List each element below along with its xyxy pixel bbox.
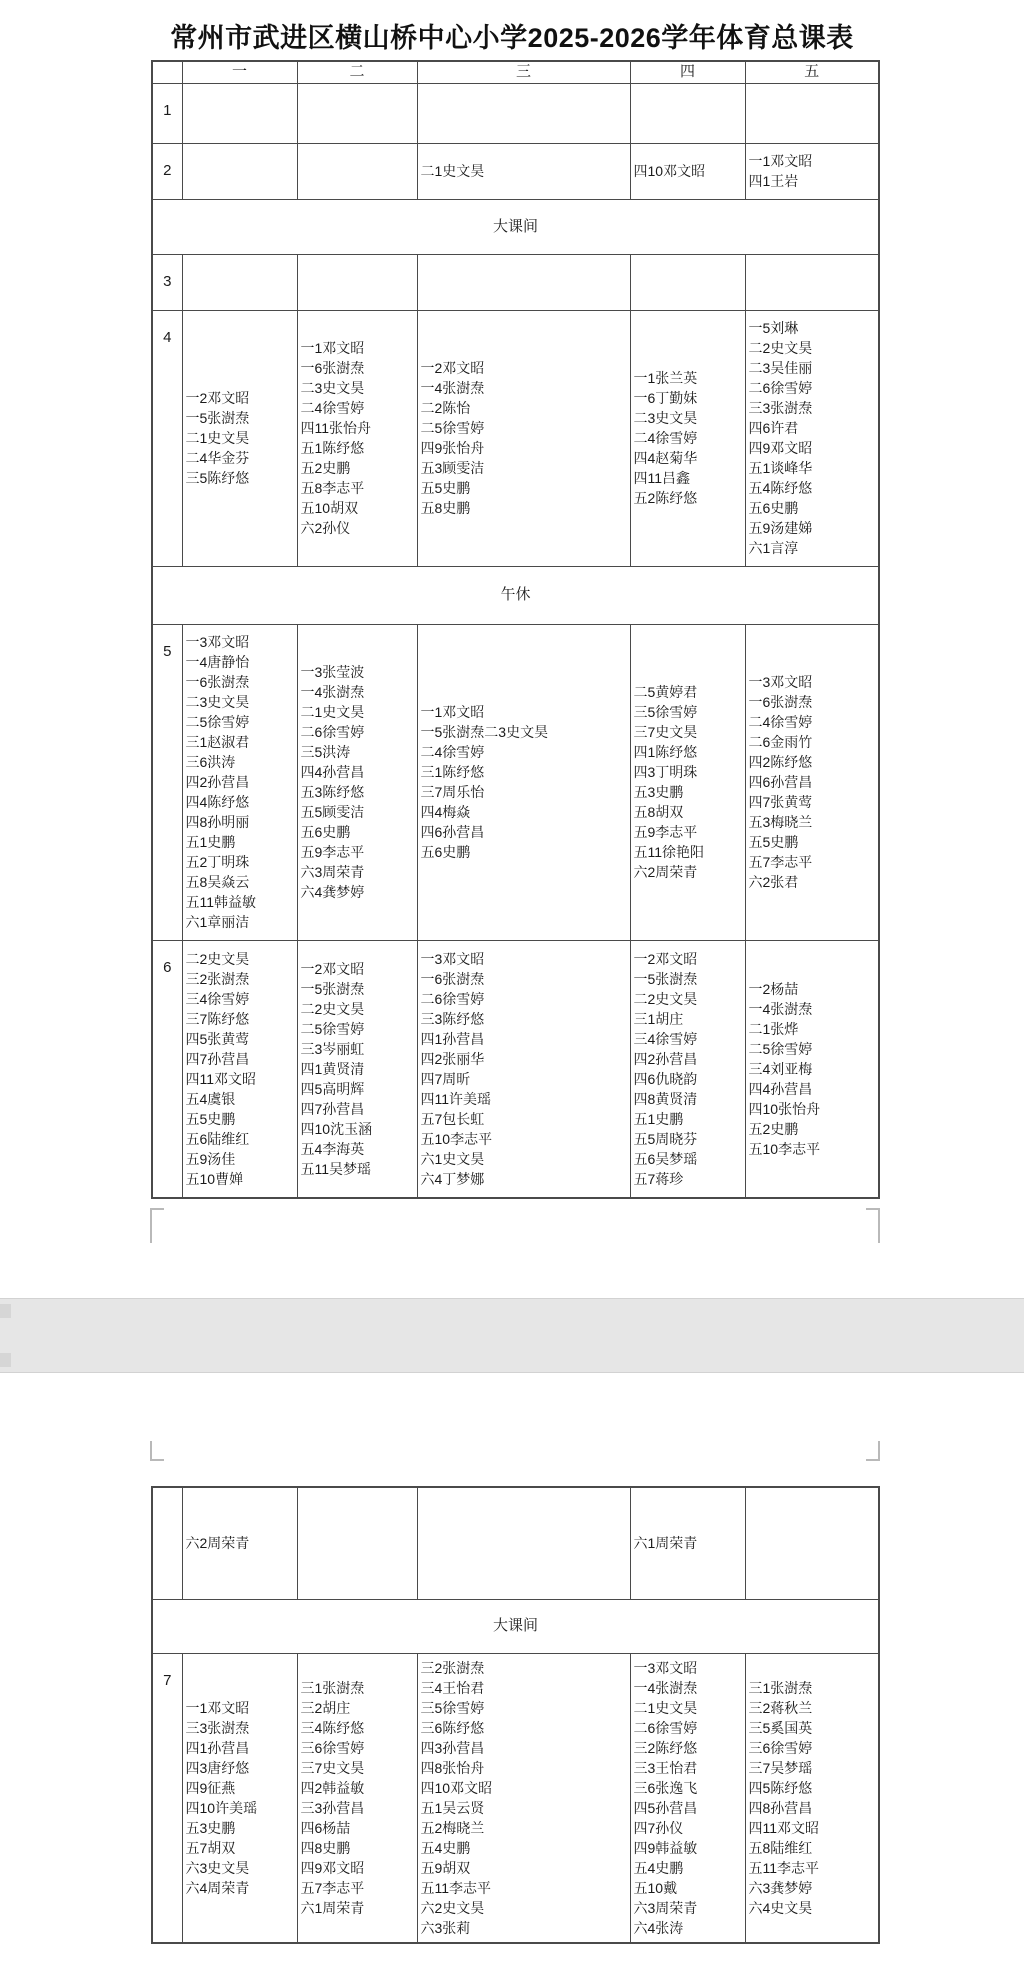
schedule-cell-day-1[interactable]: 一1邓文昭 三3张澍焘 四1孙营昌 四3唐纾悠 四9征燕 四10许美瑶 五3史鹏… (182, 1653, 297, 1943)
schedule-cell-day-4[interactable]: 一3邓文昭 一4张澍焘 二1史文昊 二6徐雪婷 三2陈纾悠 三3王怡君 三6张逸… (630, 1653, 745, 1943)
schedule-cell-day-4[interactable] (630, 83, 745, 143)
schedule-cell-day-1[interactable]: 一3邓文昭 一4唐静怡 一6张澍焘 二3史文昊 二5徐雪婷 三1赵淑君 三6洪涛… (182, 624, 297, 940)
schedule-cell-day-5[interactable]: 一2杨喆 一4张澍焘 二1张烨 二5徐雪婷 三4刘亚梅 四4孙营昌 四10张怡舟… (745, 940, 879, 1198)
period-row: 6二2史文昊 三2张澍焘 三4徐雪婷 三7陈纾悠 四5张黄莺 四7孙营昌 四11… (152, 940, 879, 1198)
page-gap-notch-bottom (0, 1353, 11, 1367)
schedule-cell-day-1[interactable]: 六2周荣青 (182, 1487, 297, 1599)
schedule-cell-day-4[interactable]: 二5黄婷君 三5徐雪婷 三7史文昊 四1陈纾悠 四3丁明珠 五3史鹏 五8胡双 … (630, 624, 745, 940)
period-number[interactable]: 5 (152, 624, 182, 940)
schedule-cell-day-3[interactable] (417, 83, 630, 143)
period-number[interactable]: 4 (152, 310, 182, 566)
break-label[interactable]: 大课间 (152, 1599, 879, 1653)
document-viewer: { "title": "常州市武进区横山桥中心小学2025-2026学年体育总课… (0, 0, 1024, 1979)
schedule-cell-day-5[interactable]: 一1邓文昭 四1王岩 (745, 143, 879, 199)
period-row: 5一3邓文昭 一4唐静怡 一6张澍焘 二3史文昊 二5徐雪婷 三1赵淑君 三6洪… (152, 624, 879, 940)
schedule-cell-day-3[interactable]: 一3邓文昭 一6张澍焘 二6徐雪婷 三3陈纾悠 四1孙营昌 四2张丽华 四7周昕… (417, 940, 630, 1198)
break-label[interactable]: 午休 (152, 566, 879, 624)
text-boundary-mark-bottom-right (866, 1208, 880, 1243)
schedule-cell-day-1[interactable]: 一2邓文昭 一5张澍焘 二1史文昊 二4华金芬 三5陈纾悠 (182, 310, 297, 566)
weekday-header-2[interactable]: 二 (297, 61, 417, 83)
break-row: 午休 (152, 566, 879, 624)
period-row: 2二1史文昊四10邓文昭一1邓文昭 四1王岩 (152, 143, 879, 199)
schedule-cell-day-2[interactable]: 一2邓文昭 一5张澍焘 二2史文昊 二5徐雪婷 三3岑丽虹 四1黄贤清 四5高明… (297, 940, 417, 1198)
period-number[interactable]: 2 (152, 143, 182, 199)
schedule-cell-day-5[interactable]: 一3邓文昭 一6张澍焘 二4徐雪婷 二6金雨竹 四2陈纾悠 四6孙营昌 四7张黄… (745, 624, 879, 940)
schedule-cell-day-2[interactable]: 一1邓文昭 一6张澍焘 二3史文昊 二4徐雪婷 四11张怡舟 五1陈纾悠 五2史… (297, 310, 417, 566)
schedule-cell-day-3[interactable]: 二1史文昊 (417, 143, 630, 199)
schedule-cell-day-1[interactable] (182, 143, 297, 199)
period-number[interactable]: 1 (152, 83, 182, 143)
schedule-cell-day-5[interactable]: 三1张澍焘 三2蒋秋兰 三5奚国英 三6徐雪婷 三7吴梦瑶 四5陈纾悠 四8孙营… (745, 1653, 879, 1943)
page-title[interactable]: 常州市武进区横山桥中心小学2025-2026学年体育总课表 (0, 16, 1024, 55)
page-gap (0, 1299, 1024, 1372)
schedule-cell-day-2[interactable] (297, 143, 417, 199)
schedule-cell-day-3[interactable]: 一1邓文昭 一5张澍焘二3史文昊 二4徐雪婷 三1陈纾悠 三7周乐怡 四4梅焱 … (417, 624, 630, 940)
break-row: 大课间 (152, 199, 879, 254)
schedule-cell-day-4[interactable]: 一1张兰英 一6丁勤妹 二3史文昊 二4徐雪婷 四4赵菊华 四11吕鑫 五2陈纾… (630, 310, 745, 566)
schedule-cell-day-3[interactable]: 一2邓文昭 一4张澍焘 二2陈怡 二5徐雪婷 四9张怡舟 五3顾雯洁 五5史鹏 … (417, 310, 630, 566)
schedule-cell-day-5[interactable] (745, 254, 879, 310)
corner-cell[interactable] (152, 61, 182, 83)
schedule-cell-day-1[interactable]: 二2史文昊 三2张澍焘 三4徐雪婷 三7陈纾悠 四5张黄莺 四7孙营昌 四11邓… (182, 940, 297, 1198)
schedule-cell-day-3[interactable] (417, 254, 630, 310)
schedule-cell-day-5[interactable]: 一5刘琳 二2史文昊 二3吴佳丽 二6徐雪婷 三3张澍焘 四6许君 四9邓文昭 … (745, 310, 879, 566)
weekday-header-5[interactable]: 五 (745, 61, 879, 83)
schedule-cell-day-1[interactable] (182, 254, 297, 310)
weekday-header-4[interactable]: 四 (630, 61, 745, 83)
schedule-cell-day-3[interactable]: 三2张澍焘 三4王怡君 三5徐雪婷 三6陈纾悠 四3孙营昌 四8张怡舟 四10邓… (417, 1653, 630, 1943)
period-number[interactable] (152, 1487, 182, 1599)
schedule-cell-day-4[interactable]: 一2邓文昭 一5张澍焘 二2史文昊 三1胡庄 三4徐雪婷 四2孙营昌 四6仇晓韵… (630, 940, 745, 1198)
schedule-table-page2: 六2周荣青六1周荣青大课间7一1邓文昭 三3张澍焘 四1孙营昌 四3唐纾悠 四9… (151, 1486, 880, 1944)
period-row: 7一1邓文昭 三3张澍焘 四1孙营昌 四3唐纾悠 四9征燕 四10许美瑶 五3史… (152, 1653, 879, 1943)
document-page-2[interactable]: 六2周荣青六1周荣青大课间7一1邓文昭 三3张澍焘 四1孙营昌 四3唐纾悠 四9… (0, 1372, 1024, 1979)
schedule-cell-day-2[interactable] (297, 83, 417, 143)
period-number[interactable]: 7 (152, 1653, 182, 1943)
break-label[interactable]: 大课间 (152, 199, 879, 254)
weekday-header-row: 一二三四五 (152, 61, 879, 83)
text-boundary-mark-top-right (866, 1441, 880, 1461)
weekday-header-1[interactable]: 一 (182, 61, 297, 83)
text-boundary-mark-top-left (150, 1441, 164, 1461)
period-row: 3 (152, 254, 879, 310)
break-row: 大课间 (152, 1599, 879, 1653)
period-number[interactable]: 3 (152, 254, 182, 310)
page-gap-notch-top (0, 1304, 11, 1318)
period-row: 4一2邓文昭 一5张澍焘 二1史文昊 二4华金芬 三5陈纾悠一1邓文昭 一6张澍… (152, 310, 879, 566)
schedule-table-page1: 一二三四五12二1史文昊四10邓文昭一1邓文昭 四1王岩大课间34一2邓文昭 一… (151, 60, 880, 1199)
schedule-cell-day-4[interactable]: 四10邓文昭 (630, 143, 745, 199)
schedule-cell-day-5[interactable] (745, 1487, 879, 1599)
weekday-header-3[interactable]: 三 (417, 61, 630, 83)
editor-canvas: 常州市武进区横山桥中心小学2025-2026学年体育总课表 一二三四五12二1史… (0, 0, 1024, 1979)
timetable: 六2周荣青六1周荣青大课间7一1邓文昭 三3张澍焘 四1孙营昌 四3唐纾悠 四9… (151, 1486, 880, 1944)
text-boundary-mark-bottom-left (150, 1208, 164, 1243)
timetable: 一二三四五12二1史文昊四10邓文昭一1邓文昭 四1王岩大课间34一2邓文昭 一… (151, 60, 880, 1199)
schedule-cell-day-2[interactable] (297, 1487, 417, 1599)
schedule-cell-day-2[interactable]: 三1张澍焘 三2胡庄 三4陈纾悠 三6徐雪婷 三7史文昊 四2韩益敏 三3孙营昌… (297, 1653, 417, 1943)
period-number[interactable]: 6 (152, 940, 182, 1198)
schedule-cell-day-3[interactable] (417, 1487, 630, 1599)
schedule-cell-day-4[interactable]: 六1周荣青 (630, 1487, 745, 1599)
document-page-1[interactable]: 常州市武进区横山桥中心小学2025-2026学年体育总课表 一二三四五12二1史… (0, 0, 1024, 1299)
period-row: 1 (152, 83, 879, 143)
schedule-cell-day-5[interactable] (745, 83, 879, 143)
schedule-cell-day-4[interactable] (630, 254, 745, 310)
period-row: 六2周荣青六1周荣青 (152, 1487, 879, 1599)
schedule-cell-day-1[interactable] (182, 83, 297, 143)
schedule-cell-day-2[interactable]: 一3张莹波 一4张澍焘 二1史文昊 二6徐雪婷 三5洪涛 四4孙营昌 五3陈纾悠… (297, 624, 417, 940)
schedule-cell-day-2[interactable] (297, 254, 417, 310)
